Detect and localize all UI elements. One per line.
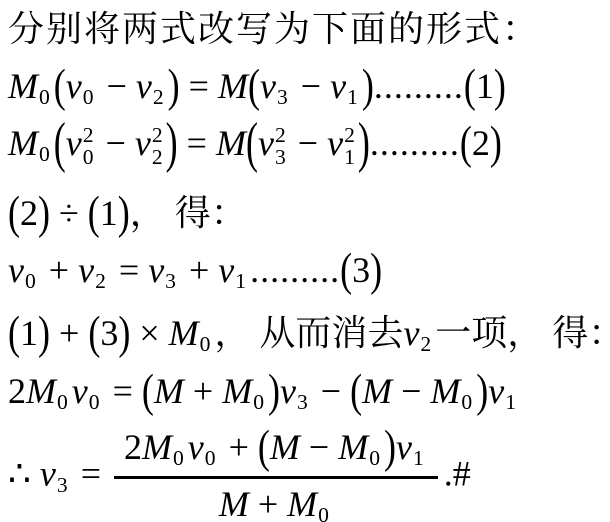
sup-sub-stack: 20 xyxy=(83,125,94,168)
result-equation: ∴ v3 = 2M0v0 + (M − M0)v1M + M0.# xyxy=(8,426,471,522)
math-variable: M xyxy=(218,66,248,106)
math-text: + xyxy=(220,427,258,467)
step-divide-line: (2) ÷ (1)， 得： xyxy=(8,192,247,234)
math-text: ÷ xyxy=(50,193,88,233)
sup-sub-stack: 21 xyxy=(344,125,355,168)
math-text: = xyxy=(180,66,218,106)
math-variable: M xyxy=(154,371,184,411)
math-paren: ) xyxy=(166,110,178,176)
math-paren: ( xyxy=(54,110,66,176)
math-text: ， 从而消去 xyxy=(214,313,403,353)
math-variable: v xyxy=(148,250,164,290)
math-paren: ( xyxy=(258,420,270,474)
math-text: + xyxy=(50,313,88,353)
math-text: − xyxy=(289,123,327,163)
step-add-line: (1) + (3) × M0， 从而消去v2一项， 得： xyxy=(8,312,610,358)
math-text: 1 xyxy=(100,193,118,233)
math-variable: M xyxy=(430,371,460,411)
math-paren: ) xyxy=(118,186,130,240)
dots-leader: ......... xyxy=(370,123,460,163)
math-variable: v xyxy=(260,66,276,106)
math-paren: ) xyxy=(38,306,50,360)
math-subscript: 0 xyxy=(200,332,211,356)
math-variable: v xyxy=(403,313,419,353)
math-text: 2 xyxy=(20,193,38,233)
math-text: × xyxy=(130,313,168,353)
math-subscript: 0 xyxy=(89,390,100,414)
math-paren: ( xyxy=(246,110,258,176)
math-variable: M xyxy=(270,427,300,467)
math-text: = xyxy=(178,123,216,163)
math-variable: v xyxy=(280,371,296,411)
math-variable: v xyxy=(66,66,82,106)
math-subscript: 0 xyxy=(173,446,184,470)
math-text: 3 xyxy=(352,250,370,290)
math-text: 2 xyxy=(472,123,490,163)
math-superscript: 2 xyxy=(344,125,355,147)
math-subscript: 2 xyxy=(95,269,106,293)
math-variable: v xyxy=(66,123,82,163)
math-text: 1 xyxy=(20,313,38,353)
math-variable: v xyxy=(218,250,234,290)
math-subscript: 0 xyxy=(318,503,329,522)
math-paren: ( xyxy=(54,59,66,113)
math-subscript: 0 xyxy=(25,269,36,293)
math-paren: ) xyxy=(168,59,180,113)
math-paren: ) xyxy=(38,186,50,240)
sup-sub-stack: 23 xyxy=(275,125,286,168)
math-subscript: 1 xyxy=(235,269,246,293)
document-page: 分别将两式改写为下面的形式： M0(v0 − v2) = M(v3 − v1).… xyxy=(0,0,610,522)
math-subscript: 2 xyxy=(420,332,431,356)
math-variable: v xyxy=(72,371,88,411)
math-text: 3 xyxy=(100,313,118,353)
math-text: 1 xyxy=(476,66,494,106)
math-variable: v xyxy=(327,123,343,163)
math-subscript: 0 xyxy=(461,390,472,414)
math-subscript: 0 xyxy=(57,390,68,414)
math-subscript: 1 xyxy=(505,390,516,414)
math-subscript: 1 xyxy=(344,147,355,169)
math-paren: ) xyxy=(268,364,280,418)
equation-3: v0 + v2 = v3 + v1.........(3) xyxy=(8,249,382,295)
math-paren: ) xyxy=(494,59,506,113)
math-paren: ) xyxy=(370,243,382,297)
math-subscript: 3 xyxy=(275,147,286,169)
math-text: + xyxy=(40,250,78,290)
math-text: = xyxy=(110,250,148,290)
math-text: − xyxy=(300,427,338,467)
math-paren: ( xyxy=(350,364,362,418)
math-text: − xyxy=(97,123,135,163)
math-paren: ( xyxy=(248,59,260,113)
math-variable: M xyxy=(338,427,368,467)
math-text: = xyxy=(72,454,110,494)
math-variable: M xyxy=(8,66,38,106)
math-text: + xyxy=(184,371,222,411)
math-subscript: 0 xyxy=(253,390,264,414)
math-paren: ) xyxy=(384,420,396,474)
math-text: − xyxy=(292,66,330,106)
math-subscript: 2 xyxy=(152,147,163,169)
math-paren: ) xyxy=(476,364,488,418)
equation-1: M0(v0 − v2) = M(v3 − v1).........(1) xyxy=(8,65,506,111)
math-variable: v xyxy=(396,427,412,467)
math-variable: M xyxy=(142,427,172,467)
math-text: .# xyxy=(444,454,471,494)
math-subscript: 1 xyxy=(347,85,358,109)
dots-leader: ......... xyxy=(374,66,464,106)
math-text: + xyxy=(180,250,218,290)
math-text: ， 得： xyxy=(130,193,247,233)
math-text: = xyxy=(104,371,142,411)
intro-text: 分别将两式改写为下面的形式： xyxy=(8,8,540,50)
math-variable: v xyxy=(330,66,346,106)
math-subscript: 1 xyxy=(413,446,424,470)
math-variable: M xyxy=(222,371,252,411)
math-variable: v xyxy=(78,250,94,290)
math-paren: ( xyxy=(460,116,472,170)
math-text: − xyxy=(312,371,350,411)
math-variable: M xyxy=(26,371,56,411)
math-variable: v xyxy=(258,123,274,163)
math-variable: M xyxy=(219,484,249,522)
math-subscript: 3 xyxy=(57,473,68,497)
math-variable: v xyxy=(136,66,152,106)
math-superscript: 2 xyxy=(83,125,94,147)
math-variable: v xyxy=(135,123,151,163)
math-superscript: 2 xyxy=(275,125,286,147)
math-paren: ( xyxy=(8,306,20,360)
math-text: 2 xyxy=(8,371,26,411)
math-text: − xyxy=(392,371,430,411)
math-variable: M xyxy=(287,484,317,522)
math-variable: v xyxy=(40,454,56,494)
math-subscript: 2 xyxy=(153,85,164,109)
math-paren: ( xyxy=(88,306,100,360)
equation-4: 2M0v0 = (M + M0)v3 − (M − M0)v1 xyxy=(8,370,520,416)
math-variable: M xyxy=(362,371,392,411)
math-paren: ( xyxy=(142,364,154,418)
math-text: + xyxy=(249,484,287,522)
equation-2: M0(v20 − v22) = M(v23 − v21).........(2) xyxy=(8,122,502,168)
fraction: 2M0v0 + (M − M0)v1M + M0 xyxy=(114,426,438,522)
math-paren: ) xyxy=(118,306,130,360)
dots-leader: ......... xyxy=(250,250,340,290)
math-text: ∴ xyxy=(8,454,40,494)
math-subscript: 3 xyxy=(165,269,176,293)
math-variable: M xyxy=(216,123,246,163)
math-variable: v xyxy=(488,371,504,411)
math-subscript: 0 xyxy=(39,142,50,166)
math-variable: v xyxy=(8,250,24,290)
math-paren: ( xyxy=(88,186,100,240)
math-text: 一项， 得： xyxy=(435,313,610,353)
math-paren: ) xyxy=(490,116,502,170)
math-subscript: 0 xyxy=(83,85,94,109)
math-superscript: 2 xyxy=(152,125,163,147)
math-paren: ) xyxy=(358,110,370,176)
math-variable: M xyxy=(169,313,199,353)
fraction-numerator: 2M0v0 + (M − M0)v1 xyxy=(114,426,438,479)
math-paren: ( xyxy=(340,243,352,297)
math-subscript: 0 xyxy=(205,446,216,470)
fraction-denominator: M + M0 xyxy=(219,479,333,522)
math-paren: ( xyxy=(8,186,20,240)
math-subscript: 0 xyxy=(83,147,94,169)
math-subscript: 3 xyxy=(277,85,288,109)
math-subscript: 3 xyxy=(297,390,308,414)
math-paren: ) xyxy=(362,59,374,113)
math-variable: v xyxy=(188,427,204,467)
math-paren: ( xyxy=(464,59,476,113)
sup-sub-stack: 22 xyxy=(152,125,163,168)
math-variable: M xyxy=(8,123,38,163)
math-text: 2 xyxy=(124,427,142,467)
math-subscript: 0 xyxy=(39,85,50,109)
math-text: − xyxy=(98,66,136,106)
math-subscript: 0 xyxy=(369,446,380,470)
